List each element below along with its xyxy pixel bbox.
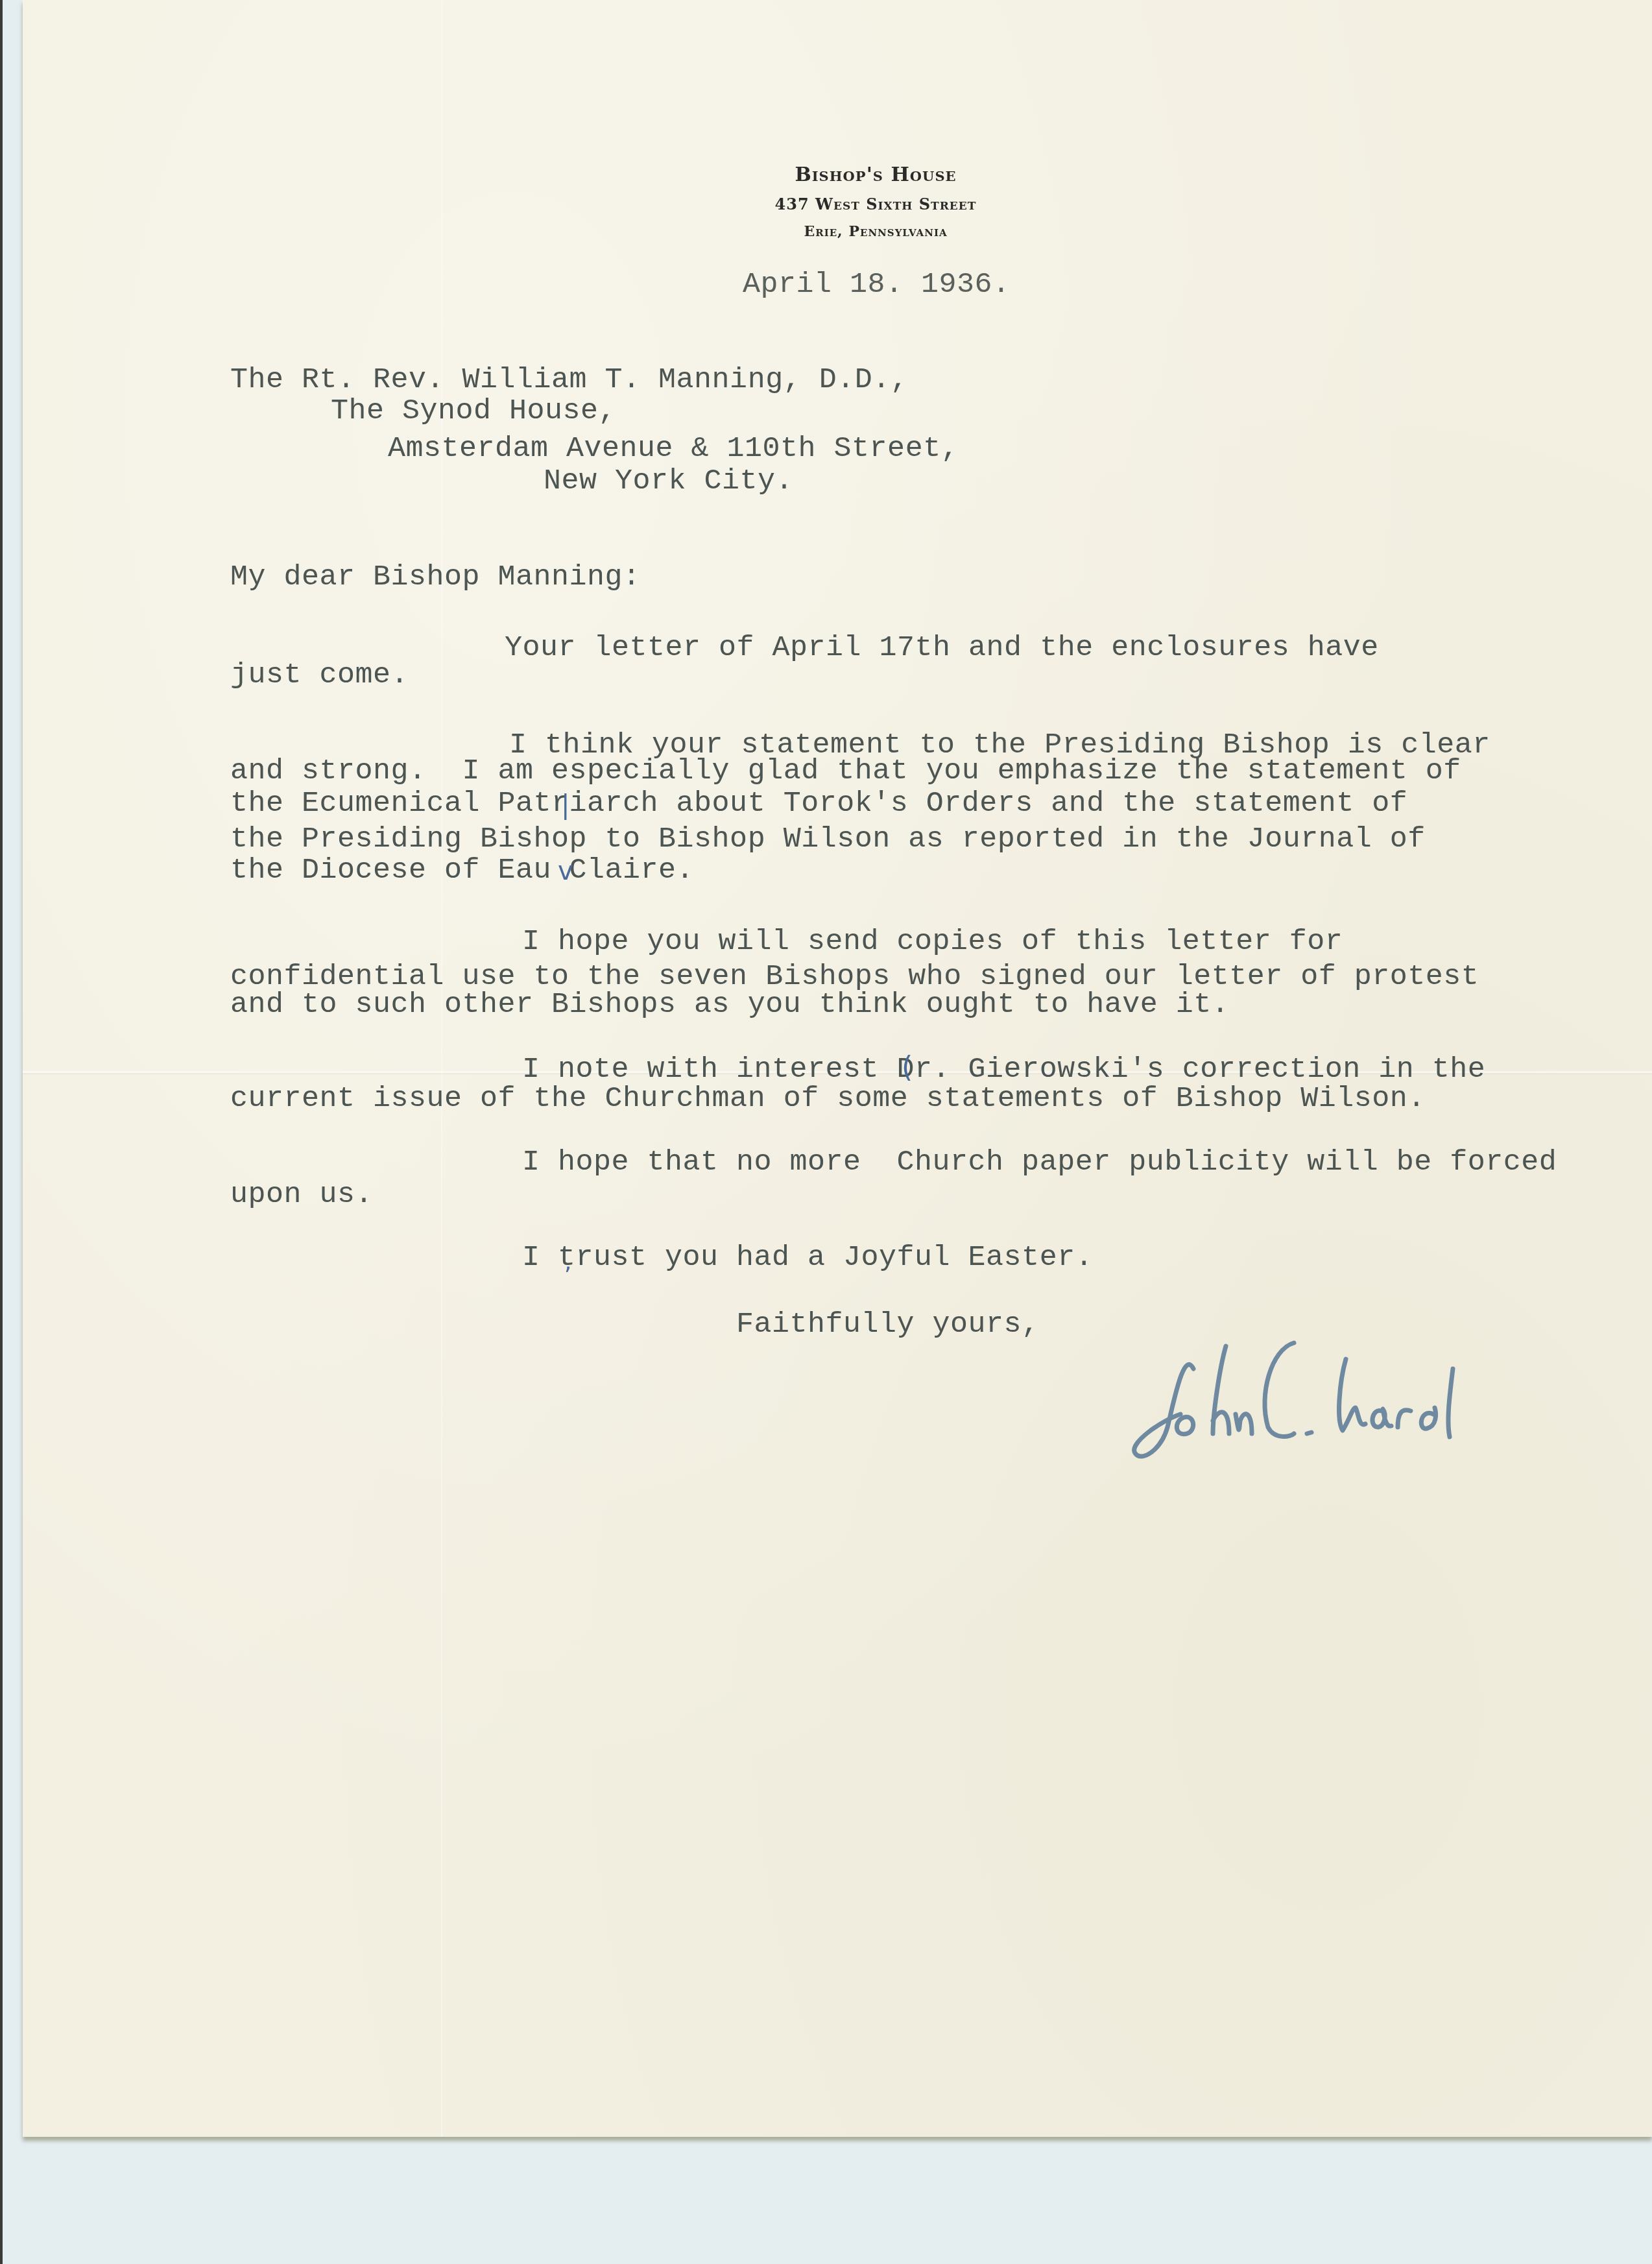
handwritten-signature [1122,1323,1472,1466]
body-p2-line-5: the Diocese of Eau Claire. [230,855,694,886]
recipient-line-2: The Synod House, [331,396,616,427]
ink-correction-patriarch: | [561,790,569,820]
body-p1-line-2: just come. [230,660,409,691]
ink-correction-interest: ( [902,1051,913,1084]
letterhead-name: Bishop's House [649,163,1103,186]
body-p4-line-2: current issue of the Churchman of some s… [230,1083,1426,1114]
body-p1-line-1: Your letter of April 17th and the enclos… [505,632,1379,664]
paper-crease-vertical [441,0,442,2137]
ink-correction-eau: v [558,856,573,886]
scanner-edge [0,0,3,2264]
body-p4-line-1: I note with interest Dr. Gierowski's cor… [522,1054,1485,1085]
letter-date: April 18. 1936. [743,269,1011,300]
body-p5-line-1: I hope that no more Church paper publici… [522,1147,1557,1178]
letterhead-street: 437 West Sixth Street [649,195,1103,213]
body-p6-line-1: I trust you had a Joyful Easter. [522,1242,1093,1273]
body-p3-line-3: and to such other Bishops as you think o… [230,989,1229,1020]
ink-correction-trust: , [564,1249,571,1275]
letterhead-city: Erie, Pennsylvania [649,223,1103,240]
recipient-line-3: Amsterdam Avenue & 110th Street, [388,433,959,464]
salutation: My dear Bishop Manning: [230,562,641,593]
body-p3-line-1: I hope you will send copies of this lett… [522,926,1343,957]
closing: Faithfully yours, [736,1309,1040,1340]
recipient-line-4: New York City. [544,466,793,497]
body-p2-line-4: the Presiding Bishop to Bishop Wilson as… [230,824,1426,855]
recipient-line-1: The Rt. Rev. William T. Manning, D.D., [230,365,908,396]
body-p5-line-2: upon us. [230,1179,373,1210]
body-p2-line-2: and strong. I am especially glad that yo… [230,756,1461,787]
body-p2-line-3: the Ecumenical Patriarch about Torok's O… [230,788,1407,819]
